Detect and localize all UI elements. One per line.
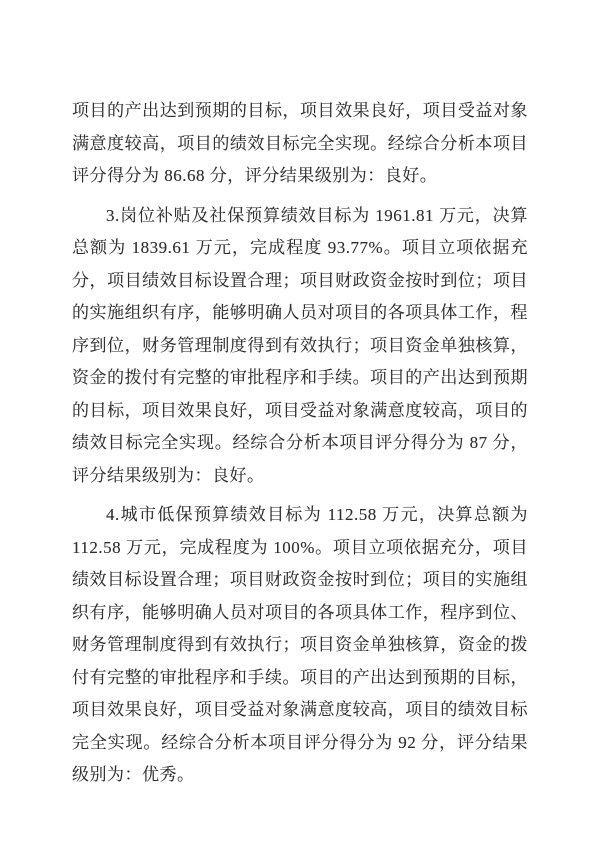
document-text-block: 项目的产出达到预期的目标，项目效果良好，项目受益对象满意度较高，项目的绩效目标完… [72,95,528,792]
paragraph-continuation: 项目的产出达到预期的目标，项目效果良好，项目受益对象满意度较高，项目的绩效目标完… [72,95,528,193]
paragraph-item-3: 3.岗位补贴及社保预算绩效目标为 1961.81 万元，决算总额为 1839.6… [72,200,528,493]
document-page: 项目的产出达到预期的目标，项目效果良好，项目受益对象满意度较高，项目的绩效目标完… [0,0,600,848]
paragraph-item-4: 4.城市低保预算绩效目标为 112.58 万元，决算总额为 112.58 万元，… [72,499,528,792]
